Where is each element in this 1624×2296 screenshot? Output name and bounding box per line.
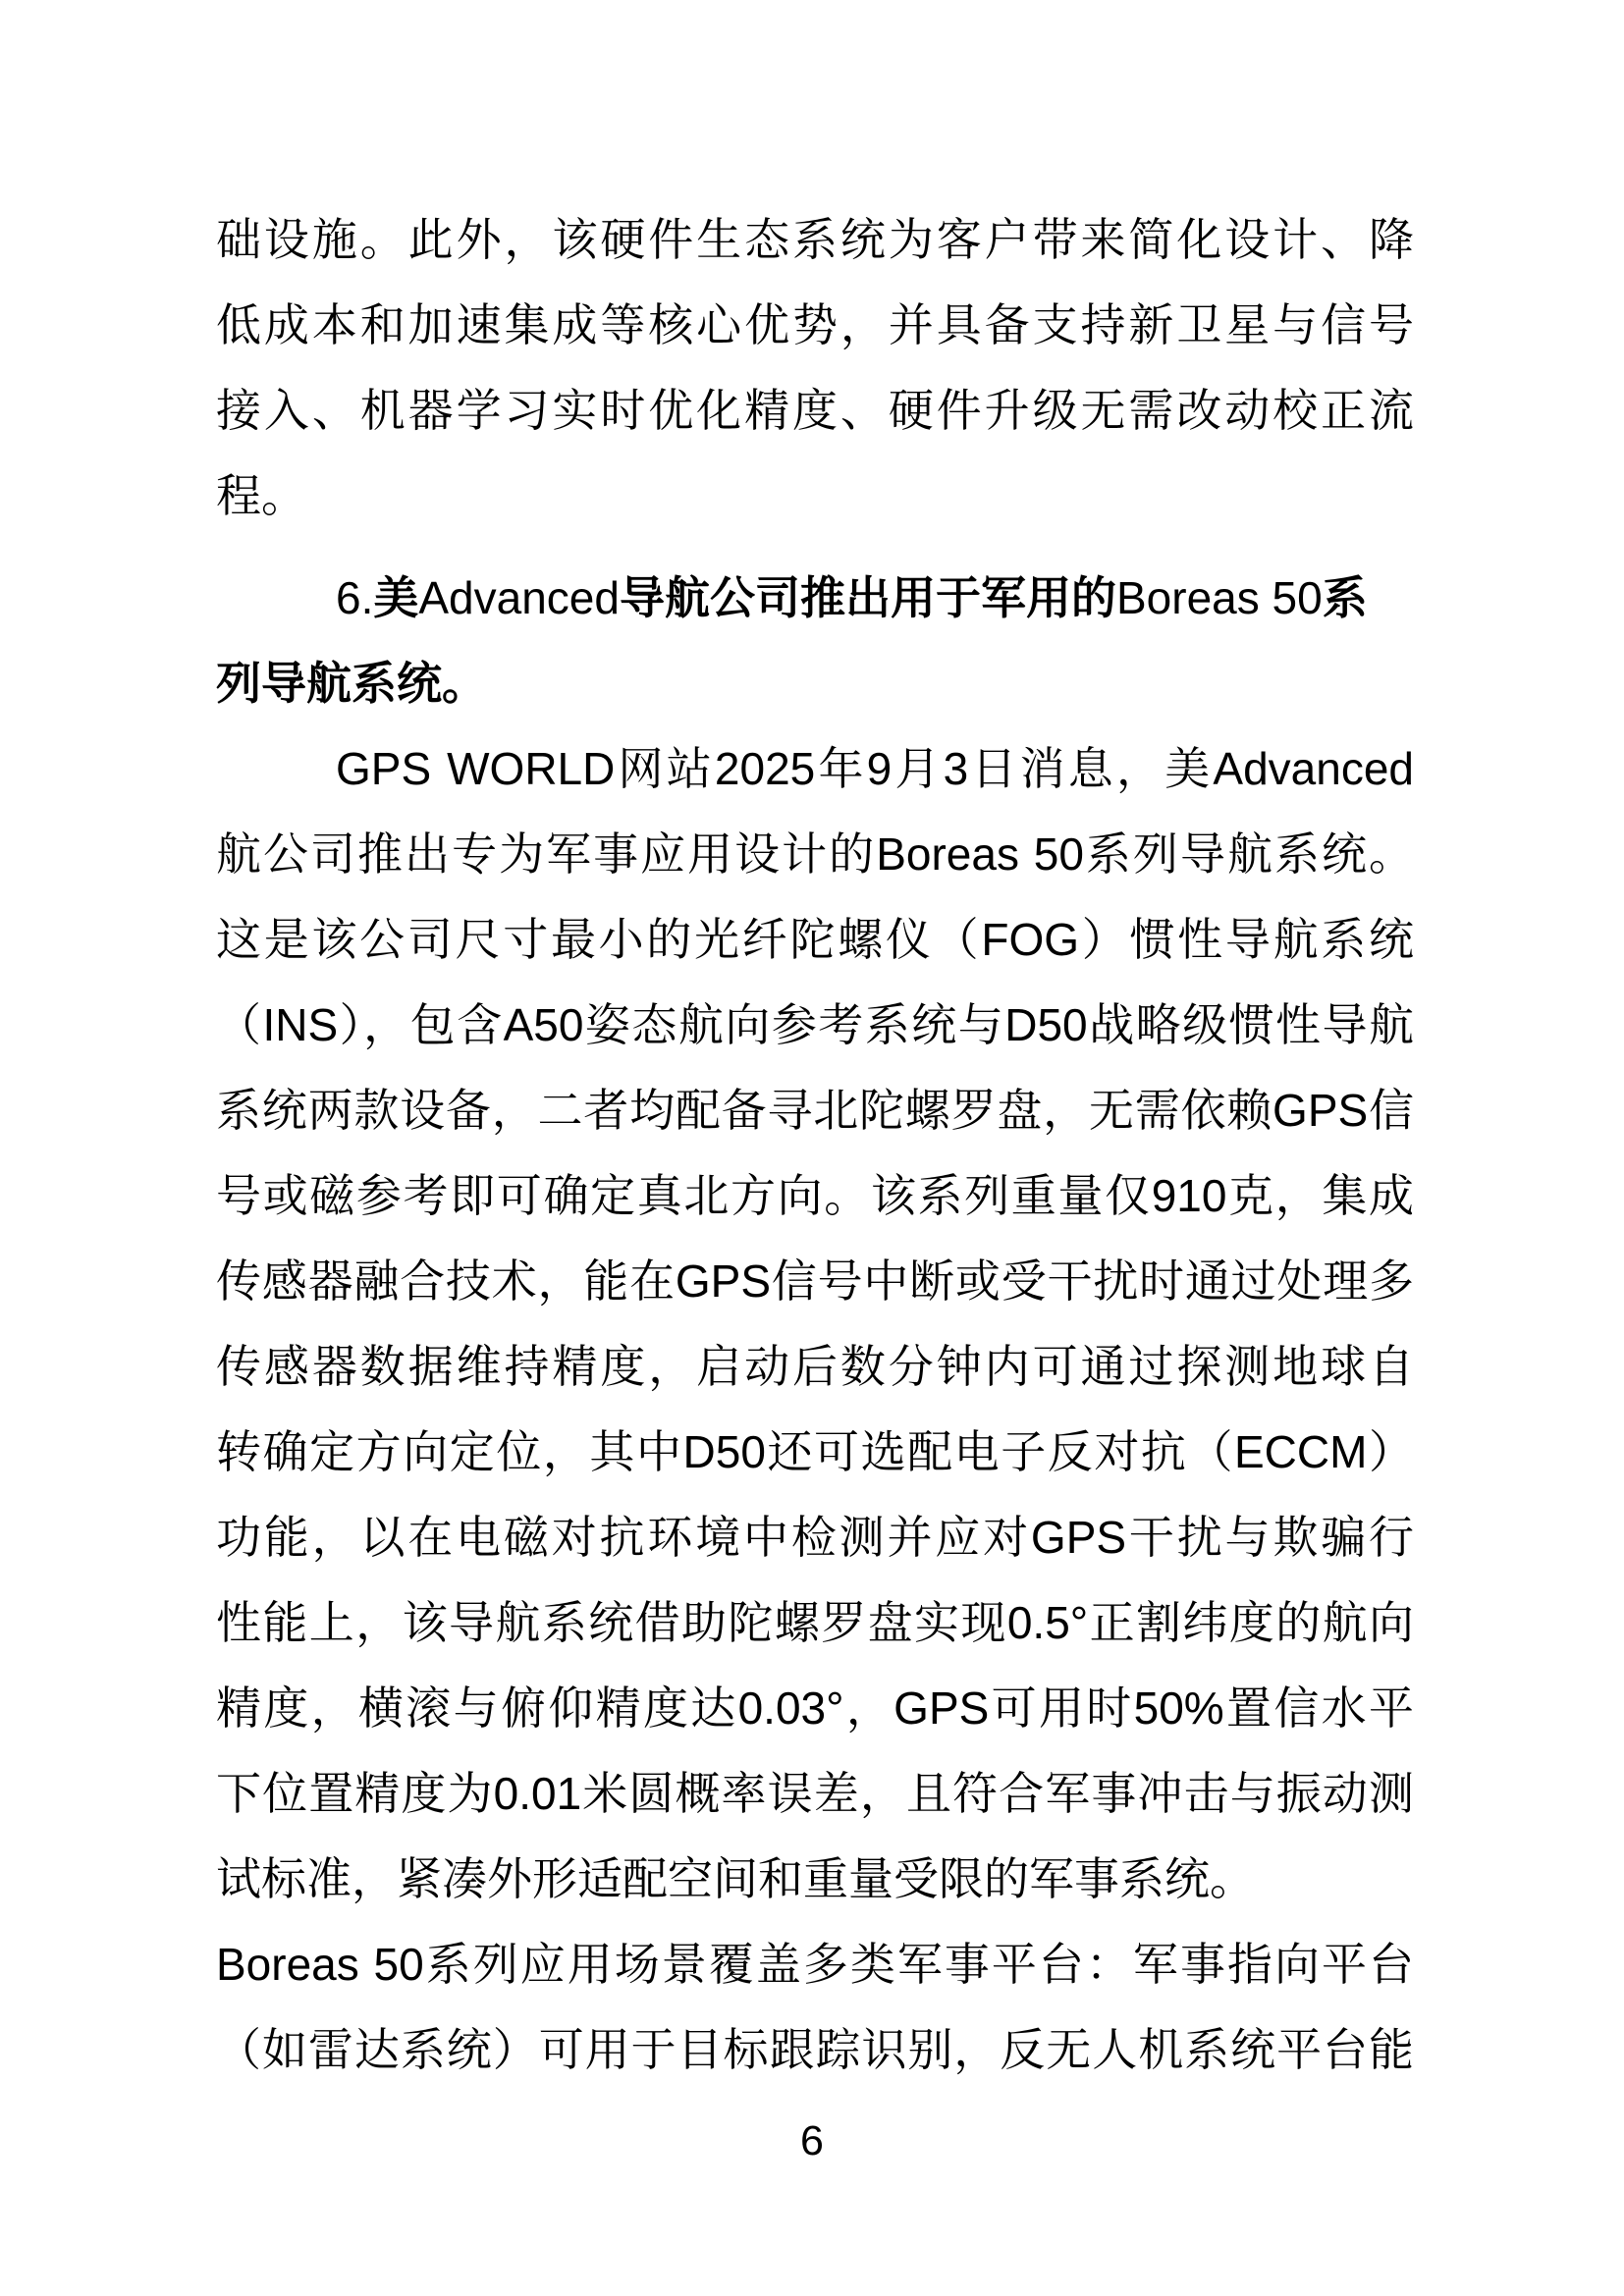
heading-text: 导航公司推出用于军用的	[620, 573, 1116, 623]
text-line: 传感器融合技术，能在GPS信号中断或受干扰时通过处理多	[216, 1239, 1414, 1324]
text-line: 这是该公司尺寸最小的光纤陀螺仪（FOG）惯性导航系统	[216, 897, 1414, 983]
heading-latin: Boreas 50	[1116, 572, 1323, 623]
section-heading-line-2: 列导航系统。	[216, 641, 1414, 726]
text-line: （如雷达系统）可用于目标跟踪识别，反无人机系统平台能	[216, 2007, 1414, 2093]
text-line: 性能上，该导航系统借助陀螺罗盘实现0.5°正割纬度的航向	[216, 1580, 1414, 1666]
text-line: 础设施。此外，该硬件生态系统为客户带来简化设计、降	[216, 197, 1414, 283]
text-line: （INS），包含A50姿态航向参考系统与D50战略级惯性导航	[216, 983, 1414, 1068]
text-line: 号或磁参考即可确定真北方向。该系列重量仅910克，集成	[216, 1153, 1414, 1239]
heading-text: 系	[1323, 573, 1368, 623]
page-body-text: 础设施。此外，该硬件生态系统为客户带来简化设计、降 低成本和加速集成等核心优势，…	[216, 197, 1414, 2093]
text-line: 程。	[216, 454, 1414, 539]
text-line: 接入、机器学习实时优化精度、硬件升级无需改动校正流	[216, 368, 1414, 454]
heading-number: 6.	[336, 572, 373, 623]
text-line: 转确定方向定位，其中D50还可选配电子反对抗（ECCM）	[216, 1410, 1414, 1495]
heading-latin: Advanced	[418, 572, 620, 623]
text-line: 低成本和加速集成等核心优势，并具备支持新卫星与信号	[216, 283, 1414, 368]
text-line: 功能，以在电磁对抗环境中检测并应对GPS干扰与欺骗行为。	[216, 1495, 1414, 1580]
text-line: 传感器数据维持精度，启动后数分钟内可通过探测地球自	[216, 1324, 1414, 1410]
text-line: GPS WORLD网站2025年9月3日消息，美Advanced导	[216, 726, 1414, 812]
text-line: 系统两款设备，二者均配备寻北陀螺罗盘，无需依赖GPS信	[216, 1068, 1414, 1153]
document-page: 础设施。此外，该硬件生态系统为客户带来简化设计、降 低成本和加速集成等核心优势，…	[0, 0, 1624, 2296]
text-line: 精度，横滚与俯仰精度达0.03°，GPS可用时50%置信水平	[216, 1666, 1414, 1751]
section-heading-line-1: 6.美Advanced导航公司推出用于军用的Boreas 50系	[216, 556, 1414, 641]
text-line: 航公司推出专为军事应用设计的Boreas 50系列导航系统。	[216, 812, 1414, 897]
text-line: 下位置精度为0.01米圆概率误差，且符合军事冲击与振动测	[216, 1751, 1414, 1837]
page-number: 6	[0, 2111, 1624, 2197]
text-line: 试标准，紧凑外形适配空间和重量受限的军事系统。	[216, 1837, 1414, 1922]
text-line: Boreas 50系列应用场景覆盖多类军事平台：军事指向平台	[216, 1922, 1414, 2007]
heading-text: 美	[373, 573, 418, 623]
